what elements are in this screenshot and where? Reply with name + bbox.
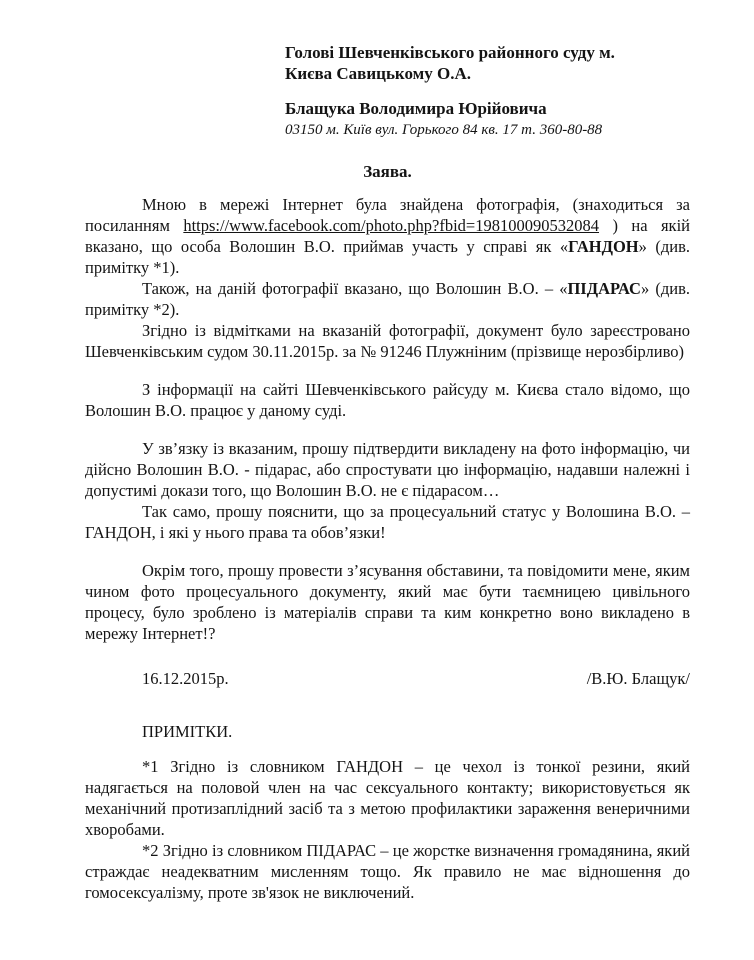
paragraph-also-photo: Також, на даній фотографії вказано, що В… — [85, 278, 690, 320]
recipient-line-1: Голові Шевченківського районного суду м. — [285, 42, 690, 63]
notes-heading: ПРИМІТКИ. — [142, 721, 690, 742]
recipient-line-2: Києва Савицькому О.А. — [285, 63, 690, 84]
signature-name: /В.Ю. Блащук/ — [587, 668, 690, 689]
text-segment: У зв’язку із вказаним, прошу підтвердити… — [85, 439, 690, 500]
recipient-block: Голові Шевченківського районного суду м.… — [285, 42, 690, 140]
note-item-1: *1 Згідно із словником ГАНДОН – це чехол… — [85, 756, 690, 840]
text-segment: ГАНДОН — [568, 237, 638, 256]
paragraph-registration: Згідно із відмітками на вказаній фотогра… — [85, 320, 690, 362]
note-item-2: *2 Згідно із словником ПІДАРАС – це жорс… — [85, 840, 690, 903]
applicant-name: Блащука Володимира Юрійовича — [285, 98, 690, 119]
signature-date: 16.12.2015р. — [142, 668, 229, 689]
paragraph-confirm-request: У зв’язку із вказаним, прошу підтвердити… — [85, 438, 690, 501]
signature-row: 16.12.2015р. /В.Ю. Блащук/ — [85, 668, 690, 689]
document-title: Заява. — [85, 161, 690, 182]
text-segment: ПІДАРАС — [567, 279, 641, 298]
text-segment: Також, на даній фотографії вказано, що В… — [142, 279, 567, 298]
facebook-photo-link[interactable]: https://www.facebook.com/photo.php?fbid=… — [183, 216, 599, 235]
paragraph-investigation-request: Окрім того, прошу провести з’ясування об… — [85, 560, 690, 644]
text-segment: З інформації на сайті Шевченківського ра… — [85, 380, 690, 420]
paragraph-internet-photo: Мною в мережі Інтернет була знайдена фот… — [85, 194, 690, 278]
paragraph-court-site: З інформації на сайті Шевченківського ра… — [85, 379, 690, 421]
text-segment: Окрім того, прошу провести з’ясування об… — [85, 561, 690, 643]
text-segment: Згідно із відмітками на вказаній фотогра… — [85, 321, 690, 361]
document-body: Мною в мережі Інтернет була знайдена фот… — [85, 194, 690, 644]
document-page: Голові Шевченківського районного суду м.… — [0, 0, 754, 960]
text-segment: Так само, прошу пояснити, що за процесуа… — [85, 502, 690, 542]
paragraph-status-question: Так само, прошу пояснити, що за процесуа… — [85, 501, 690, 543]
applicant-address: 03150 м. Київ вул. Горького 84 кв. 17 т.… — [285, 121, 690, 140]
